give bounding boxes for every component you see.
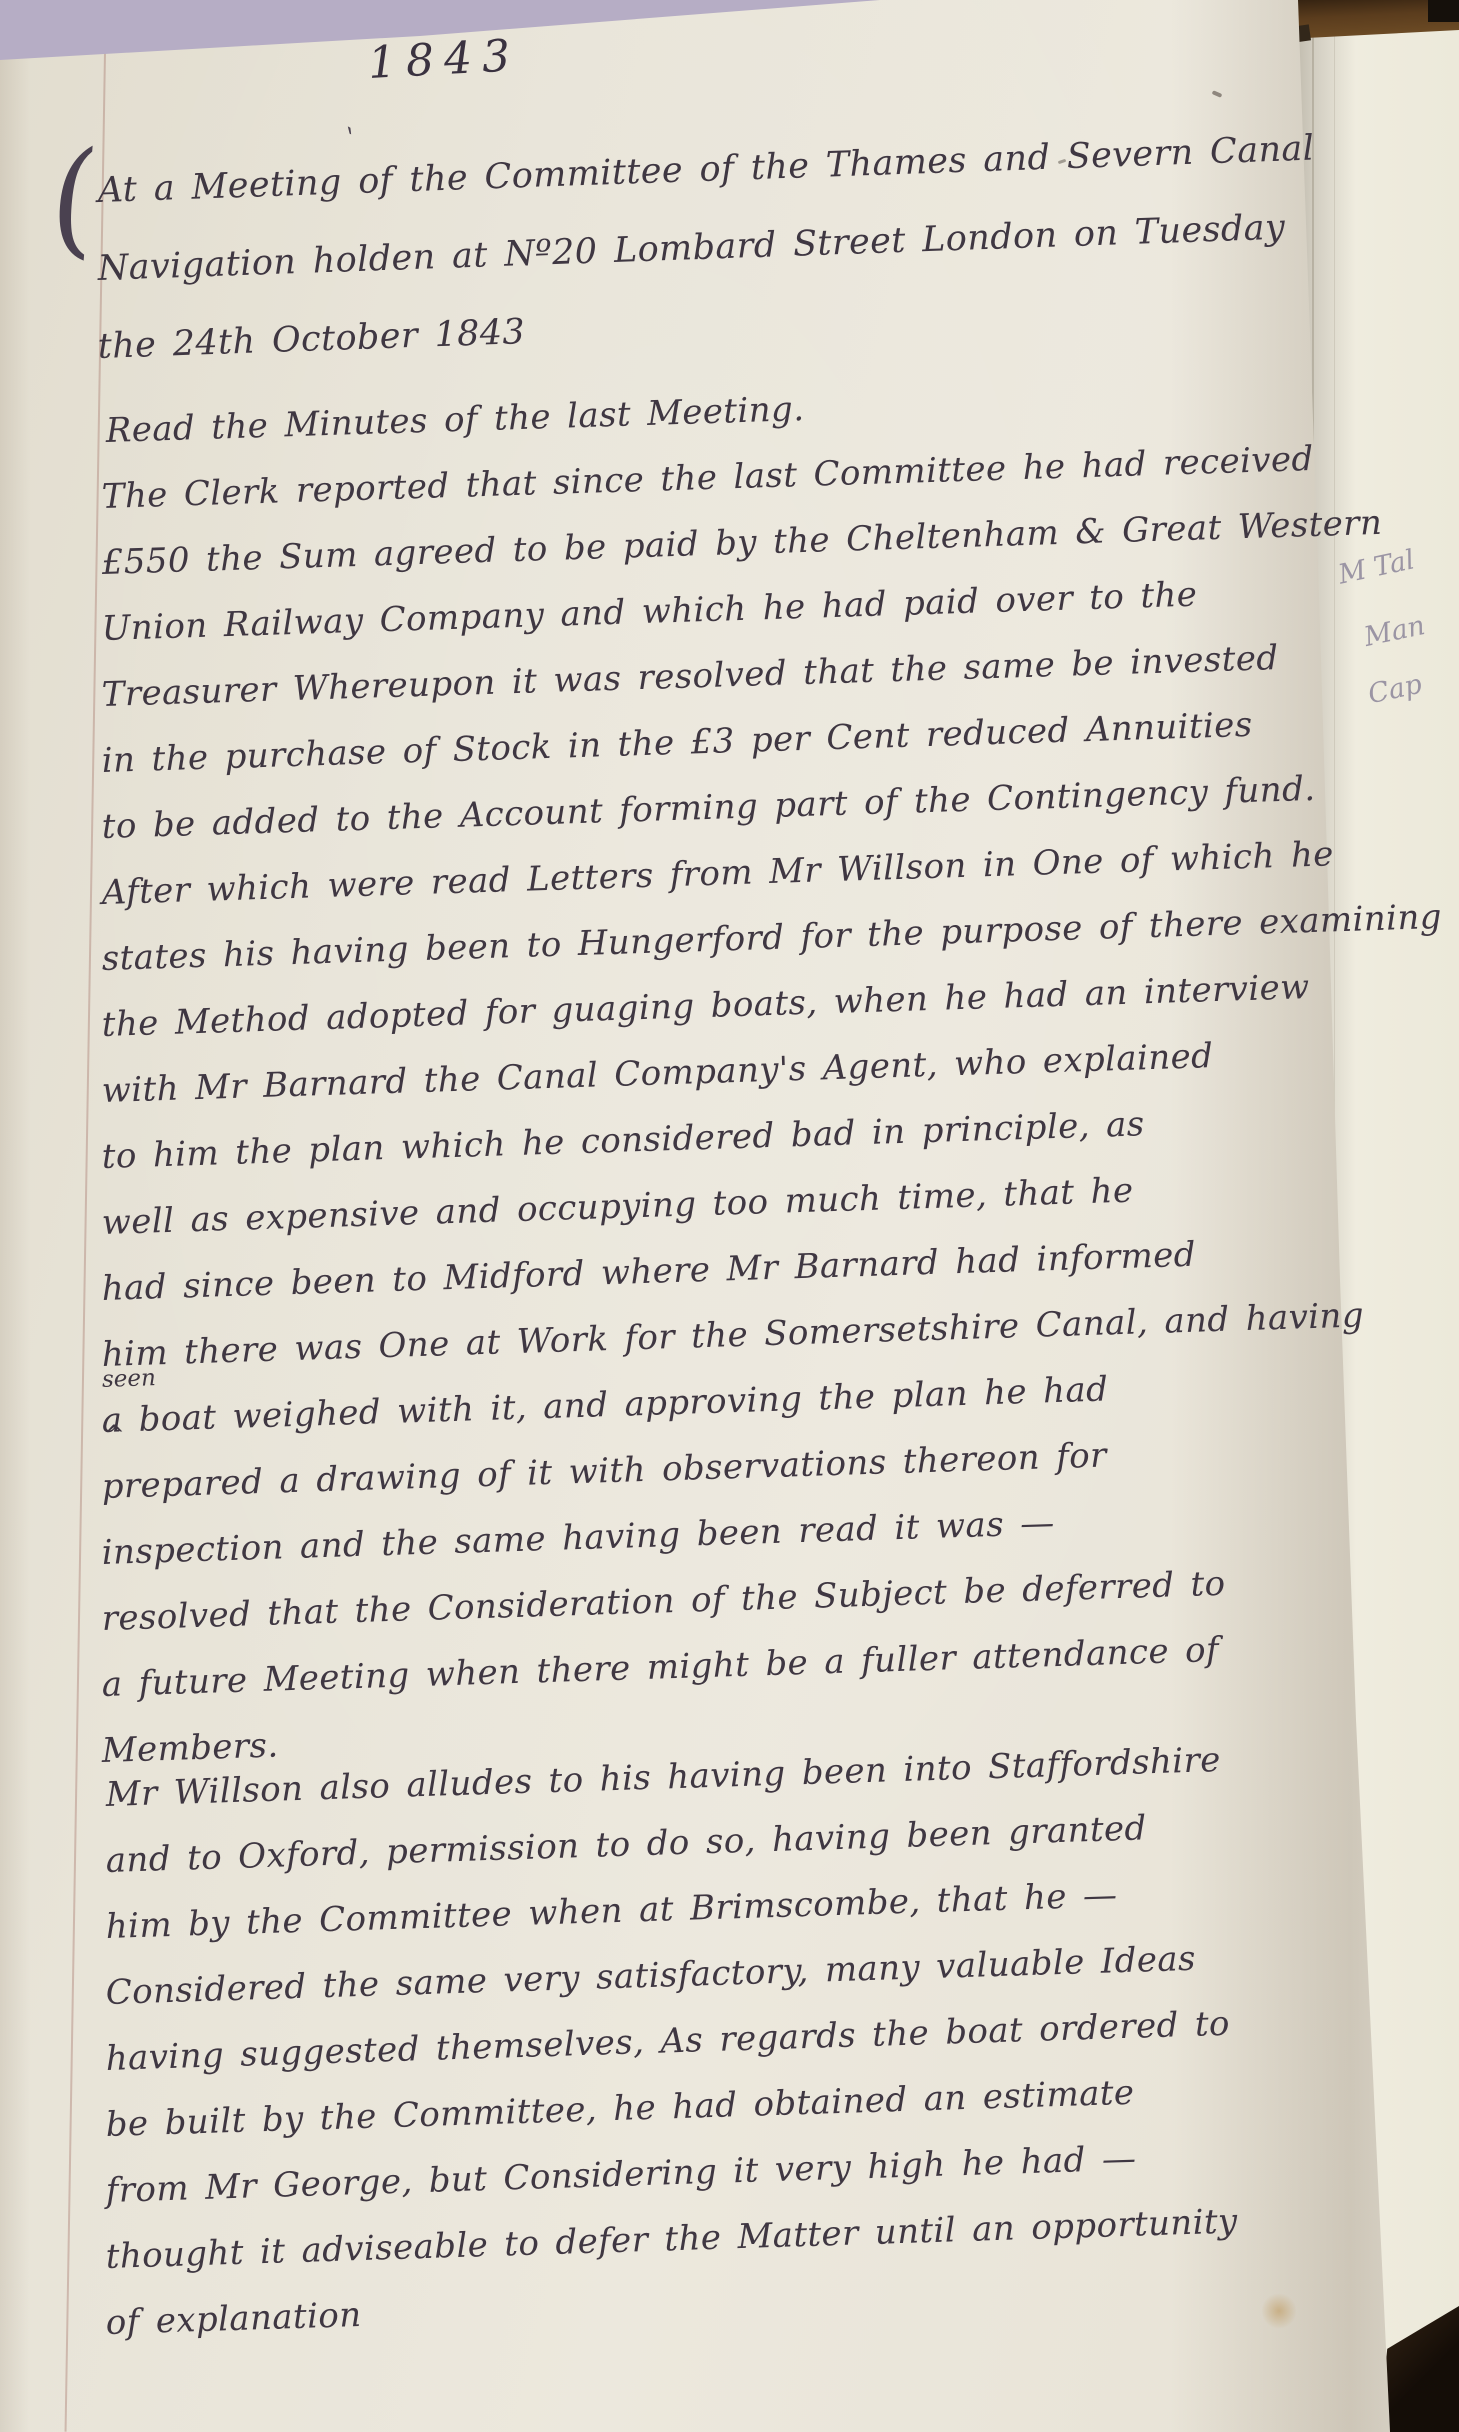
insertion-caret: ^ xyxy=(104,1420,125,1449)
handwriting-layer: 1843 ( ` At a Meeting of the Committee o… xyxy=(0,0,1459,2432)
year-heading: 1843 xyxy=(367,30,521,89)
willson-staffordshire-paragraph: Mr Willson also alludes to his having be… xyxy=(106,1762,1238,2356)
clerk-report-paragraph: The Clerk reported that since the last C… xyxy=(102,464,1443,1784)
interlinear-insertion: seen xyxy=(102,1365,157,1393)
photograph-of-minute-book: 1843 ( ` At a Meeting of the Committee o… xyxy=(0,0,1459,2432)
opening-paragraph: At a Meeting of the Committee of the Tha… xyxy=(98,152,1315,386)
opening-flourish: ( xyxy=(44,135,103,263)
